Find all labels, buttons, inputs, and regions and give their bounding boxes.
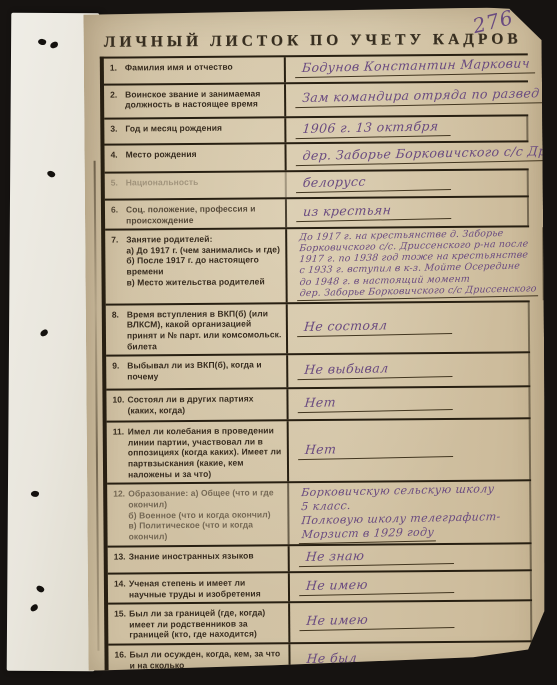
field-label-text: Фамилия имя и отчество (125, 62, 233, 73)
field-value: Не выбывал (288, 353, 530, 387)
punch-hole (46, 169, 56, 179)
form-row-12: 12. Образование: а) Общее (что и где око… (107, 482, 531, 548)
field-number: 8. (112, 309, 127, 320)
handwritten-line: Нет (298, 392, 454, 413)
field-label: 14. Ученая степень и имеет ли научные тр… (108, 573, 290, 603)
field-number: 4. (111, 150, 126, 161)
field-value: белорусс (287, 171, 529, 198)
handwritten-line: 5 класс. (299, 499, 354, 514)
field-label: 8. Время вступления в ВКП(б) (или ВЛКСМ)… (106, 304, 288, 355)
handwritten-line: Не имею (299, 610, 455, 631)
form-row-11: 11. Имел ли колебания в проведении линии… (107, 419, 531, 484)
field-number: 14. (114, 578, 129, 589)
handwritten-line: Не выбывал (298, 359, 454, 380)
field-label: 7. Занятие родителей: а) До 1917 г. (чем… (105, 229, 288, 303)
handwritten-line: Морзист в 1929 году (299, 525, 437, 544)
personnel-form-table: 1. Фамилия имя и отчество Бодунов Конста… (100, 53, 533, 679)
handwritten-line: из крестьян (296, 201, 452, 222)
form-row-6: 6. Соц. положение, профессия и происхожд… (105, 197, 529, 231)
field-number: 15. (114, 609, 129, 620)
form-row-9: 9. Выбывал ли из ВКП(б), когда и почему … (106, 353, 530, 390)
field-label: 3. Год и месяц рождения (104, 118, 286, 144)
field-label-text: Состоял ли в других партиях (каких, когд… (127, 393, 283, 415)
field-number: 16. (114, 650, 129, 661)
field-value: Не имею (290, 571, 532, 601)
form-row-2: 2. Воинское звание и занимаемая должност… (104, 82, 528, 119)
field-label: 9. Выбывал ли из ВКП(б), когда и почему (106, 355, 288, 388)
document-page: 276 ЛИЧНЫЙ ЛИСТОК ПО УЧЕТУ КАДРОВ 1. Фам… (83, 7, 546, 671)
handwritten-line: Не имею (299, 575, 455, 596)
form-row-1: 1. Фамилия имя и отчество Бодунов Конста… (104, 55, 528, 85)
form-row-7: 7. Занятие родителей: а) До 1917 г. (чем… (105, 227, 530, 305)
handwritten-line: Борковичскую сельскую школу (299, 482, 497, 500)
field-value: Зам командира отряда по развед (286, 82, 554, 116)
punch-hole (49, 41, 58, 49)
document-title: ЛИЧНЫЙ ЛИСТОК ПО УЧЕТУ КАДРОВ (84, 30, 542, 52)
field-value: Не состоял (288, 302, 530, 353)
field-number: 12. (113, 489, 128, 500)
field-value: из крестьян (287, 197, 529, 227)
punch-hole (39, 329, 49, 338)
field-value: 1906 г. 13 октября (286, 116, 528, 143)
form-row-13: 13. Знание иностранных языков Не знаю (108, 545, 532, 575)
handwritten-line: белорусс (296, 172, 452, 193)
field-label: 2. Воинское звание и занимаемая должност… (104, 84, 286, 117)
punch-hole (29, 603, 39, 612)
field-value: Не был (290, 642, 532, 676)
form-row-4: 4. Место рождения дер. Заборье Борковичс… (104, 143, 528, 174)
field-label: 15. Был ли за границей (где, когда) имее… (108, 603, 290, 643)
field-value: Борковичскую сельскую школу5 класс.Полко… (289, 482, 531, 545)
form-row-15: 15. Был ли за границей (где, когда) имее… (108, 601, 532, 645)
field-label-text: Время вступления в ВКП(б) (или ВЛКСМ), к… (127, 308, 283, 352)
handwritten-line: Зам командира отряда по развед (295, 85, 546, 108)
field-number: 13. (114, 552, 129, 563)
field-value: До 1917 г. на крестьянстве д. ЗаборьеБор… (287, 227, 544, 302)
form-row-8: 8. Время вступления в ВКП(б) (или ВЛКСМ)… (106, 302, 530, 357)
field-value: Не знаю (290, 545, 532, 572)
field-label-text: Знание иностранных языков (129, 551, 254, 563)
handwritten-line: Бодунов Константин Маркович (295, 55, 537, 77)
field-label-text: Имел ли колебания в проведении линии пар… (128, 425, 284, 479)
field-label-text: Образование: а) Общее (что и где окончил… (128, 488, 284, 542)
field-label-text: Был ли за границей (где, когда) имеет ли… (129, 607, 285, 640)
punch-hole (37, 38, 47, 46)
field-number: 7. (111, 235, 126, 246)
field-label: 5. Национальность (105, 172, 287, 198)
field-label-text: Ученая степень и имеет ли научные труды … (129, 577, 285, 599)
field-number: 11. (113, 427, 128, 438)
field-value: Нет (289, 419, 531, 481)
field-label: 16. Был ли осужден, когда, кем, за что и… (108, 644, 290, 677)
field-label: 10. Состоял ли в других партиях (каких, … (106, 389, 288, 420)
punch-hole (35, 584, 45, 594)
field-label-text: Воинское звание и занимаемая должность в… (125, 88, 281, 110)
field-number: 1. (110, 62, 125, 73)
field-value: дер. Заборье Борковичского с/с Дриссенск… (286, 142, 557, 171)
handwritten-line: 1906 г. 13 октября (296, 118, 452, 139)
field-label: 1. Фамилия имя и отчество (104, 57, 286, 83)
handwritten-line: Не знаю (299, 546, 455, 567)
form-row-16: 16. Был ли осужден, когда, кем, за что и… (108, 642, 532, 679)
field-number: 9. (112, 361, 127, 372)
field-label-text: Место рождения (126, 149, 197, 160)
handwritten-line: Не состоял (297, 316, 453, 337)
form-row-14: 14. Ученая степень и имеет ли научные тр… (108, 571, 532, 605)
handwritten-line: Полковую школу телеграфист- (299, 510, 503, 528)
field-label-text: Был ли осужден, когда, кем, за что и на … (129, 648, 285, 670)
field-value: Нет (288, 387, 530, 419)
field-label-text: Год и месяц рождения (125, 122, 222, 133)
field-number: 6. (111, 204, 126, 215)
form-row-3: 3. Год и месяц рождения 1906 г. 13 октяб… (104, 116, 528, 146)
handwritten-line: Не был (300, 648, 456, 669)
handwritten-line: дер. Заборье Борковичского с/с Дриссенск… (296, 141, 557, 166)
field-label: 11. Имел ли колебания в проведении линии… (107, 421, 289, 483)
scan-background: 276 ЛИЧНЫЙ ЛИСТОК ПО УЧЕТУ КАДРОВ 1. Фам… (0, 0, 557, 685)
field-label: 13. Знание иностранных языков (108, 547, 290, 573)
punch-hole (30, 490, 39, 497)
form-row-10: 10. Состоял ли в других партиях (каких, … (106, 387, 530, 422)
field-number: 10. (112, 395, 127, 406)
page-fold-crease (94, 161, 100, 651)
field-value: Не имею (290, 601, 532, 642)
field-label-text: Национальность (126, 177, 199, 188)
field-label-text: Соц. положение, профессия и происхождени… (126, 203, 282, 225)
field-label: 12. Образование: а) Общее (что и где око… (107, 484, 289, 546)
field-number: 3. (110, 123, 125, 134)
field-label: 4. Место рождения (104, 144, 286, 171)
field-label-text: Выбывал ли из ВКП(б), когда и почему (127, 359, 283, 381)
field-label-text: Занятие родителей: а) До 1917 г. (чем за… (126, 233, 282, 287)
handwritten-line: Нет (298, 439, 454, 460)
field-label: 6. Соц. положение, профессия и происхожд… (105, 199, 287, 229)
field-value: Бодунов Константин Маркович (286, 55, 544, 82)
field-number: 5. (111, 178, 126, 189)
form-row-5: 5. Национальность белорусс (105, 171, 529, 201)
field-number: 2. (110, 89, 125, 100)
